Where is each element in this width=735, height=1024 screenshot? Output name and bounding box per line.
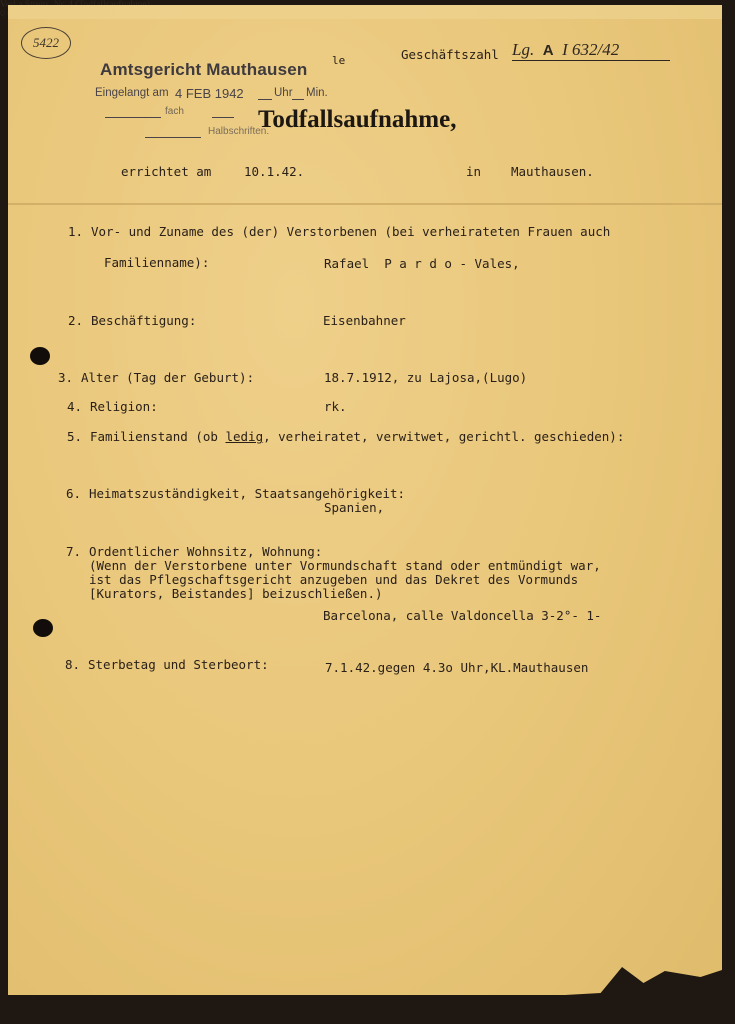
field-6-number: 6. — [66, 486, 81, 501]
punch-hole — [30, 347, 50, 365]
case-number-field: Lg. A I 632/42 — [512, 40, 670, 61]
field-4-value-religion: rk. — [324, 399, 347, 414]
case-number-label: Geschäftszahl — [401, 47, 499, 62]
field-1-label-cont: Familienname): — [104, 255, 209, 270]
field-3-number: 3. — [58, 370, 73, 385]
stamp-min-label: Min. — [306, 87, 328, 99]
field-3-label: Alter (Tag der Geburt): — [81, 370, 254, 385]
field-2-number: 2. — [68, 313, 83, 328]
stamp-received-date: 4 FEB 1942 — [175, 86, 244, 101]
court-stamp-name: Amtsgericht Mauthausen — [100, 60, 308, 80]
errichtet-label: errichtet am — [121, 164, 211, 179]
field-2-value-occupation: Eisenbahner — [323, 313, 406, 328]
field-5-marked-option: ledig — [225, 429, 263, 444]
field-6-value-nationality: Spanien, — [324, 500, 384, 515]
stamp-received-label: Eingelangt am — [95, 87, 169, 99]
field-8-label: Sterbetag und Sterbeort: — [88, 657, 269, 672]
stamp-uhr-label: Uhr — [274, 87, 293, 99]
stamp-beilagen-blank — [145, 125, 201, 138]
stamp-fach-blank — [105, 105, 161, 118]
case-number-prefix: Lg. — [512, 40, 534, 59]
case-number-handwritten: I 632/42 — [562, 40, 619, 59]
place-value: Mauthausen. — [511, 164, 594, 179]
field-2-label: Beschäftigung: — [91, 313, 196, 328]
field-8-value-death: 7.1.42.gegen 4.3o Uhr,KL.Mauthausen — [325, 660, 588, 675]
stamp-uhr-blank — [258, 87, 272, 100]
field-5-label: Familienstand (ob ledig, verheiratet, ve… — [90, 429, 624, 444]
place-in-label: in — [466, 164, 481, 179]
punch-hole — [33, 619, 53, 637]
case-number-letter: A — [543, 42, 554, 59]
field-5-label-prefix: Familienstand (ob — [90, 429, 225, 444]
field-7-note-line-3: [Kurators, Beistandes] beizuschließen.) — [89, 586, 383, 601]
stamp-fach-label: fach — [165, 106, 184, 117]
header-superscript: le — [332, 54, 345, 67]
field-4-number: 4. — [67, 399, 82, 414]
field-7-value-address: Barcelona, calle Valdoncella 3-2°- 1- — [323, 608, 601, 623]
field-7-note-line-1: (Wenn der Verstorbene unter Vormundschaf… — [89, 558, 601, 573]
field-3-value-birth: 18.7.1912, zu Lajosa,(Lugo) — [324, 370, 527, 385]
field-1-value-name: Rafael P a r d o - Vales, — [324, 256, 520, 271]
archive-number-circle: 5422 — [21, 27, 71, 59]
page-fold-line — [8, 203, 722, 205]
field-8-number: 8. — [65, 657, 80, 672]
field-7-number: 7. — [66, 544, 81, 559]
field-1-number: 1. — [68, 224, 83, 239]
stamp-min-blank — [292, 87, 304, 100]
field-6-label: Heimatszuständigkeit, Staatsangehörigkei… — [89, 486, 405, 501]
field-5-label-suffix: , verheiratet, verwitwet, gerichtl. gesc… — [263, 429, 624, 444]
field-5-number: 5. — [67, 429, 82, 444]
field-4-label: Religion: — [90, 399, 158, 414]
stamp-fach-blank-2 — [212, 105, 234, 118]
field-1-label: Vor- und Zuname des (der) Verstorbenen (… — [91, 224, 610, 239]
field-7-label: Ordentlicher Wohnsitz, Wohnung: — [89, 544, 322, 559]
page-title: Todfallsaufnahme, — [258, 106, 456, 134]
field-7-note-line-2: ist das Pflegschaftsgericht anzugeben un… — [89, 572, 578, 587]
errichtet-date: 10.1.42. — [244, 164, 304, 179]
page-top-band — [8, 5, 722, 19]
